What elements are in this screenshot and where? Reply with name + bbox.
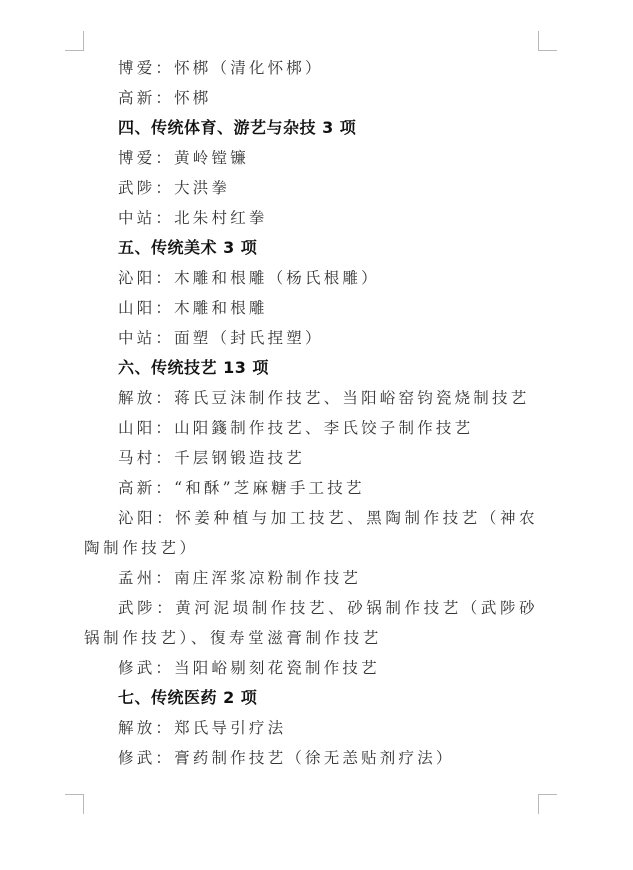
section-heading-medicine: 七、传统医药 2 项	[84, 683, 540, 713]
document-page: 博爱：怀梆（清化怀梆） 高新：怀梆 四、传统体育、游艺与杂技 3 项 博爱：黄岭…	[0, 0, 633, 870]
list-item-boai-huaibang: 博爱：怀梆（清化怀梆）	[84, 53, 540, 83]
list-item-wuzhi-crafts: 武陟：黄河泥埙制作技艺、砂锅制作技艺（武陟砂锅制作技艺）、復寿堂滋膏制作技艺	[84, 593, 540, 653]
list-item-mengzhou-jelly: 孟州：南庄浑浆凉粉制作技艺	[84, 563, 540, 593]
list-item-zhongzhan-hongquan: 中站：北朱村红拳	[84, 203, 540, 233]
list-item-gaoxin-huaibang: 高新：怀梆	[84, 83, 540, 113]
list-item-qinyang-crafts: 沁阳：怀姜种植与加工技艺、黑陶制作技艺（神农陶制作技艺）	[84, 503, 540, 563]
margin-corner-mark-bottom-right	[538, 794, 557, 814]
list-item-shanyang-crafts: 山阳：山阳籛制作技艺、李氏饺子制作技艺	[84, 413, 540, 443]
list-item-qinyang-woodcarving: 沁阳：木雕和根雕（杨氏根雕）	[84, 263, 540, 293]
section-heading-fine-arts: 五、传统美术 3 项	[84, 233, 540, 263]
list-item-shanyang-woodcarving: 山阳：木雕和根雕	[84, 293, 540, 323]
list-item-macun-steel: 马村：千层钢锻造技艺	[84, 443, 540, 473]
list-item-jiefang-therapy: 解放：郑氏导引疗法	[84, 713, 540, 743]
margin-corner-mark-bottom-left	[65, 794, 84, 814]
list-item-gaoxin-sesame-candy: 高新：“和酥”芝麻糖手工技艺	[84, 473, 540, 503]
margin-corner-mark-top-left	[65, 31, 84, 51]
list-item-wuzhi-dahongquan: 武陟：大洪拳	[84, 173, 540, 203]
margin-corner-mark-top-right	[538, 31, 557, 51]
document-body: 博爱：怀梆（清化怀梆） 高新：怀梆 四、传统体育、游艺与杂技 3 项 博爱：黄岭…	[84, 53, 540, 773]
list-item-zhongzhan-dough-sculpture: 中站：面塑（封氏捏塑）	[84, 323, 540, 353]
list-item-xiuwu-plaster: 修武：膏药制作技艺（徐无恙贴剂疗法）	[84, 743, 540, 773]
list-item-jiefang-crafts: 解放：蒋氏豆沫制作技艺、当阳峪窑钧瓷烧制技艺	[84, 383, 540, 413]
section-heading-sports: 四、传统体育、游艺与杂技 3 项	[84, 113, 540, 143]
list-item-boai-huangling: 博爱：黄岭镗镰	[84, 143, 540, 173]
list-item-xiuwu-porcelain: 修武：当阳峪剔刻花瓷制作技艺	[84, 653, 540, 683]
section-heading-crafts: 六、传统技艺 13 项	[84, 353, 540, 383]
